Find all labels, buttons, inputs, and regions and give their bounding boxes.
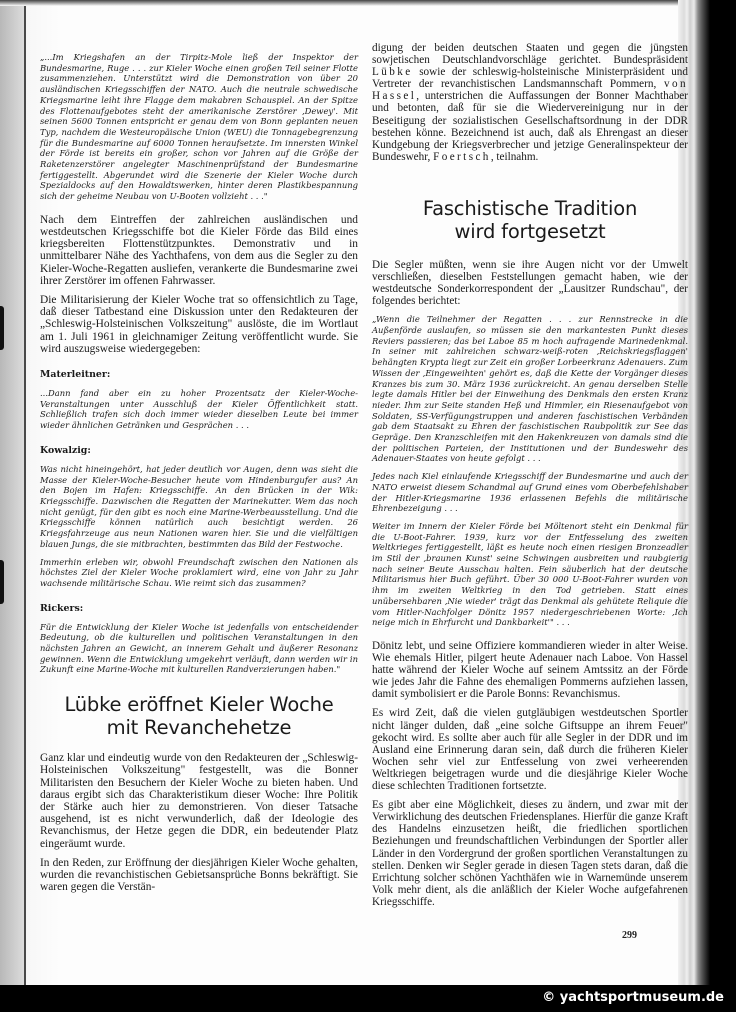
left-column: „...Im Kriegshafen an der Tirpitz-Mole l… <box>40 52 358 900</box>
book-gutter-shadow <box>0 0 24 990</box>
book-gutter-line <box>24 0 26 990</box>
quote-marinedenkmal: „Wenn die Teilnehmer der Regatten . . . … <box>372 314 688 464</box>
copyright-watermark: © yachtsportmuseum.de <box>542 990 724 1005</box>
paragraph: Dönitz lebt, und seine Offiziere kommand… <box>372 640 688 700</box>
headline-line: wird fortgesetzt <box>372 220 688 243</box>
page-number: 299 <box>622 930 637 941</box>
speaker-quote: Was nicht hineingehört, hat jeder deutli… <box>40 464 358 550</box>
quote-u-boot-denkmal: Weiter im Innern der Kieler Förde bei Mö… <box>372 521 688 628</box>
paragraph: Ganz klar und eindeutig wurde von den Re… <box>40 752 358 850</box>
speaker-label: Materleitner: <box>40 369 358 380</box>
headline-luebke: Lübke eröffnet Kieler Woche mit Revanche… <box>40 693 358 739</box>
person-name: Lübke <box>372 66 413 78</box>
headline-line: mit Revanchehetze <box>40 716 358 739</box>
paragraph: Nach dem Eintreffen der zahlreichen ausl… <box>40 214 358 287</box>
speaker-quote: ...Dann fand aber ein zu hoher Prozentsa… <box>40 388 358 431</box>
bottom-black-band: © yachtsportmuseum.de <box>0 985 736 1012</box>
person-name: Foertsch <box>433 151 491 163</box>
binding-clip <box>0 560 4 604</box>
paragraph: Es wird Zeit, daß die vielen gutgläubige… <box>372 707 688 792</box>
right-column: digung der beiden deutschen Staaten und … <box>372 42 688 915</box>
binding-clip <box>0 306 4 350</box>
paragraph: Die Segler müßten, wenn sie ihre Augen n… <box>372 259 688 307</box>
headline-faschistische-tradition: Faschistische Tradition wird fortgesetzt <box>372 197 688 243</box>
speaker-quote: Für die Entwicklung der Kieler Woche ist… <box>40 622 358 676</box>
paragraph: Die Militarisierung der Kieler Woche tra… <box>40 294 358 355</box>
quote-kriegshafen: „...Im Kriegshafen an der Tirpitz-Mole l… <box>40 52 358 202</box>
quote-ehrenbezeigung: Jedes nach Kiel einlaufende Kriegsschiff… <box>372 471 688 514</box>
scanned-page: „...Im Kriegshafen an der Tirpitz-Mole l… <box>0 0 710 985</box>
paragraph: Es gibt aber eine Möglichkeit, dieses zu… <box>372 799 688 908</box>
paragraph: digung der beiden deutschen Staaten und … <box>372 42 688 163</box>
speaker-quote: Immerhin erleben wir, obwohl Freundschaf… <box>40 557 358 589</box>
paragraph: In den Reden, zur Eröffnung der diesjähr… <box>40 857 358 894</box>
speaker-label: Kowalzig: <box>40 445 358 456</box>
headline-line: Lübke eröffnet Kieler Woche <box>40 693 358 716</box>
top-edge-shadow <box>0 0 710 6</box>
headline-line: Faschistische Tradition <box>372 197 688 220</box>
speaker-label: Rickers: <box>40 603 358 614</box>
